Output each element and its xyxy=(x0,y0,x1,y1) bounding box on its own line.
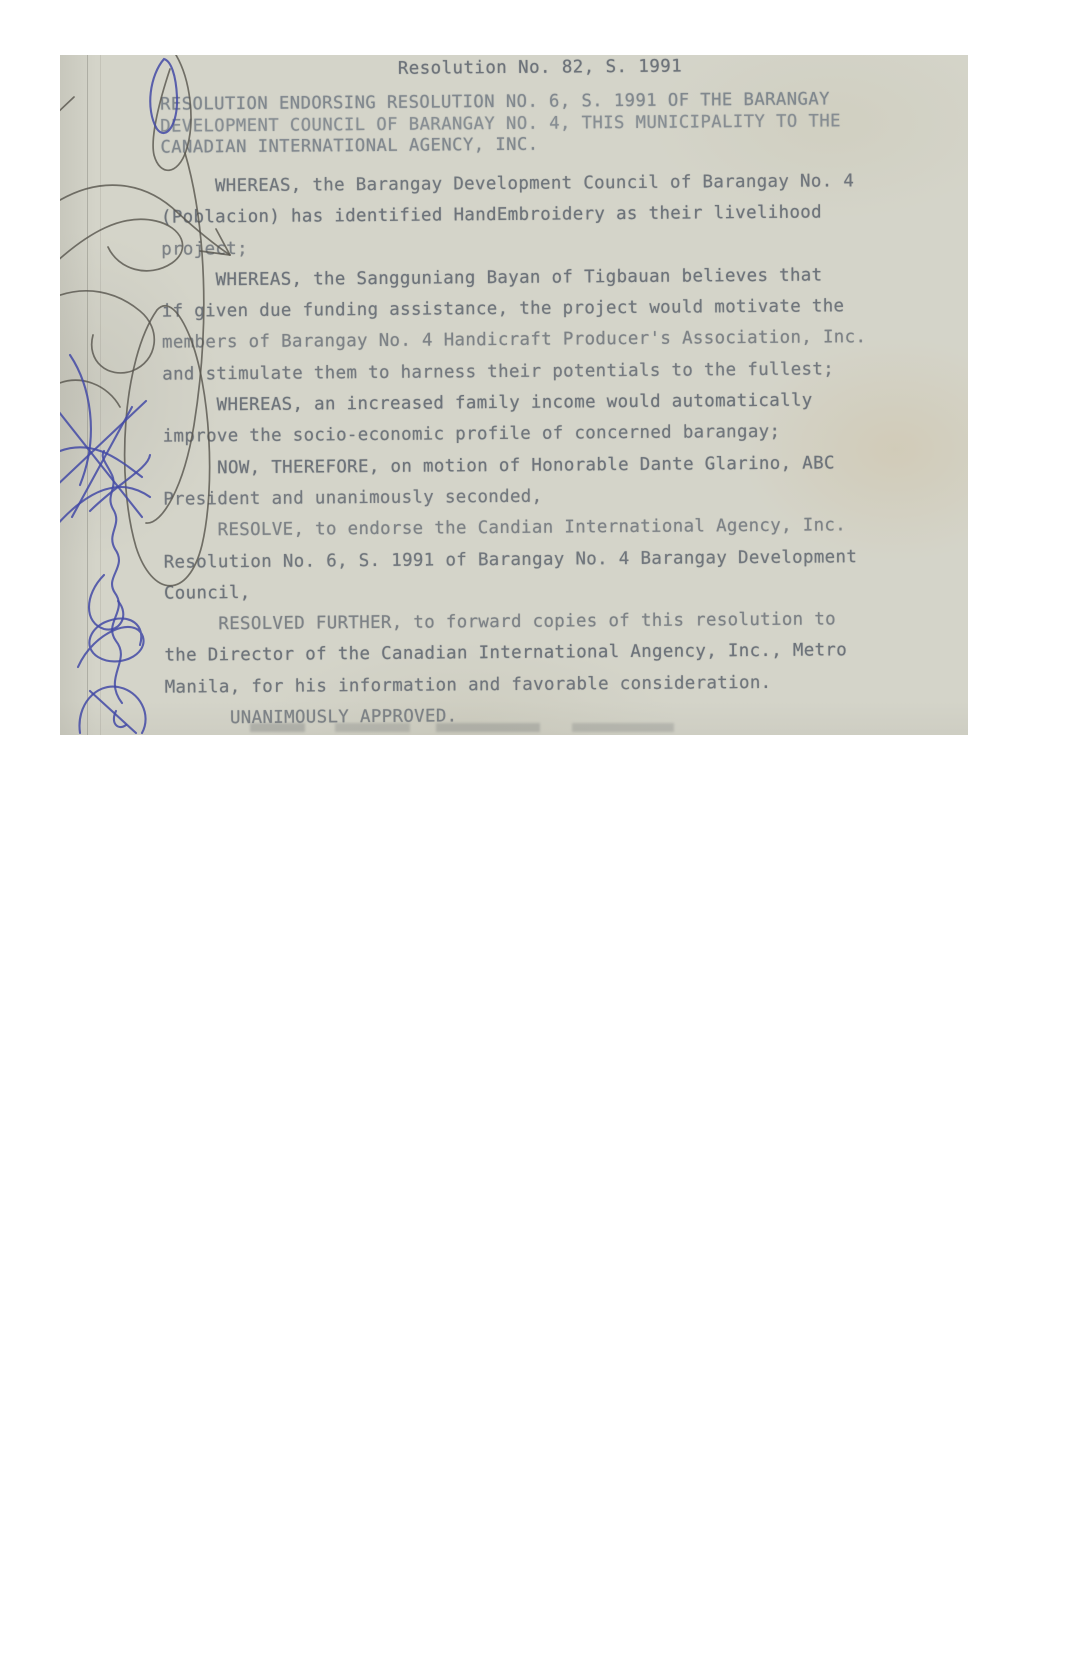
body-line: project; xyxy=(161,228,921,265)
document-scan: Resolution No. 82, S. 1991 RESOLUTION EN… xyxy=(60,55,968,735)
body-line: RESOLVED FURTHER, to forward copies of t… xyxy=(164,604,924,641)
body-line: improve the socio-economic profile of co… xyxy=(163,416,923,453)
document-heading: RESOLUTION ENDORSING RESOLUTION NO. 6, S… xyxy=(160,89,860,159)
document-body: WHEREAS, the Barangay Development Counci… xyxy=(161,166,925,735)
document-title: Resolution No. 82, S. 1991 xyxy=(398,57,682,79)
body-line: WHEREAS, the Barangay Development Counci… xyxy=(161,166,921,203)
truncated-line-smudge xyxy=(250,723,730,732)
body-line: Resolution No. 6, S. 1991 of Barangay No… xyxy=(164,541,924,578)
body-line: and stimulate them to harness their pote… xyxy=(162,353,922,390)
heading-line: CANADIAN INTERNATIONAL AGENCY, INC. xyxy=(160,132,860,159)
typewritten-text-block: Resolution No. 82, S. 1991 RESOLUTION EN… xyxy=(60,55,968,735)
page-background: { "document": { "title": "Resolution No.… xyxy=(0,0,1088,1664)
